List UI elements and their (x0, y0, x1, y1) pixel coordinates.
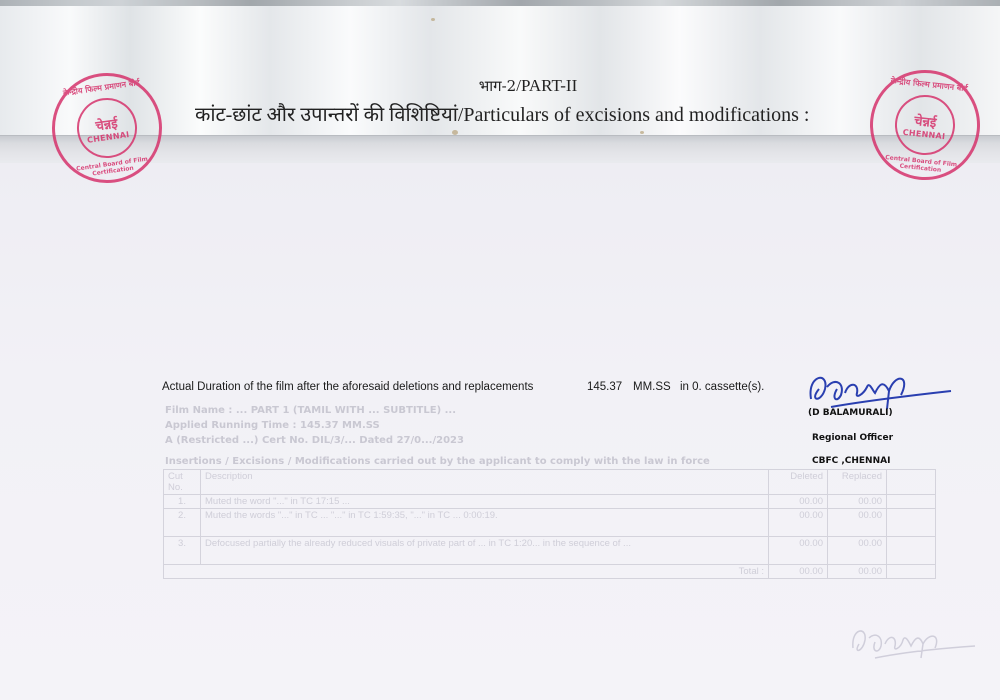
cell-cut-no: 2. (164, 509, 201, 537)
stamp-center: चेन्नई CHENNAI (73, 94, 141, 162)
cell-deleted: 00.00 (769, 495, 828, 509)
paper-top-edge (0, 0, 1000, 6)
table-row: 1. Muted the word "..." in TC 17:15 ... … (164, 495, 936, 509)
header-blank (887, 470, 936, 495)
signatory-title: Regional Officer (812, 433, 893, 443)
duration-cassettes: in 0. cassette(s). (680, 381, 764, 393)
header-cut-no: Cut No. (164, 470, 201, 495)
duration-value: 145.37 (587, 381, 622, 393)
cell-replaced: 00.00 (828, 495, 887, 509)
ghost-excisions-table: Cut No. Description Deleted Replaced 1. … (163, 469, 936, 579)
cell-cut-no: 3. (164, 537, 201, 565)
cell-blank (887, 565, 936, 579)
signatory-name: (D BALAMURALI) (808, 408, 893, 418)
signatory-office: CBFC ,CHENNAI (812, 456, 890, 466)
part-label: भाग-2/PART-II (0, 76, 1000, 96)
cell-description: Muted the word "..." in TC 17:15 ... (201, 495, 769, 509)
stamp-city-hindi: चेन्नई (914, 110, 938, 130)
stamp-city-english: CHENNAI (86, 129, 130, 144)
paper-speck (640, 131, 644, 134)
paper-speck (452, 130, 458, 135)
ghost-signature-icon (845, 618, 985, 668)
cell-deleted: 00.00 (769, 509, 828, 537)
header-replaced: Replaced (828, 470, 887, 495)
cell-blank (887, 495, 936, 509)
part-label-english: /PART-II (516, 76, 577, 95)
total-deleted: 00.00 (769, 565, 828, 579)
stamp-center: चेन्नई CHENNAI (892, 92, 958, 158)
ghost-insertions-line: Insertions / Excisions / Modifications c… (165, 456, 710, 467)
cell-replaced: 00.00 (828, 537, 887, 565)
table-row: 2. Muted the words "..." in TC ... "..."… (164, 509, 936, 537)
signature-icon (805, 365, 955, 410)
cell-deleted: 00.00 (769, 537, 828, 565)
total-label: Total : (164, 565, 769, 579)
duration-unit: MM.SS (633, 381, 671, 393)
ghost-cert-line: A (Restricted ...) Cert No. DIL/3/... Da… (165, 435, 464, 446)
paper-speck (431, 18, 435, 21)
duration-label: Actual Duration of the film after the af… (162, 381, 533, 393)
ghost-running-time: Applied Running Time : 145.37 MM.SS (165, 420, 380, 431)
cell-description: Muted the words "..." in TC ... "..." in… (201, 509, 769, 537)
cell-description: Defocused partially the already reduced … (201, 537, 769, 565)
cell-replaced: 00.00 (828, 509, 887, 537)
total-replaced: 00.00 (828, 565, 887, 579)
section-title: कांट-छांट और उपान्तरों की विशिष्टियां/Pa… (195, 100, 895, 127)
ghost-film-name: Film Name : ... PART 1 (TAMIL WITH ... S… (165, 405, 456, 416)
header-description: Description (201, 470, 769, 495)
cell-cut-no: 1. (164, 495, 201, 509)
part-label-hindi: भाग-2 (479, 77, 517, 95)
cell-blank (887, 537, 936, 565)
table-row: 3. Defocused partially the already reduc… (164, 537, 936, 565)
header-deleted: Deleted (769, 470, 828, 495)
cell-blank (887, 509, 936, 537)
ghost-table-header: Cut No. Description Deleted Replaced (164, 470, 936, 495)
stamp-city-english: CHENNAI (902, 127, 945, 140)
table-total-row: Total : 00.00 00.00 (164, 565, 936, 579)
